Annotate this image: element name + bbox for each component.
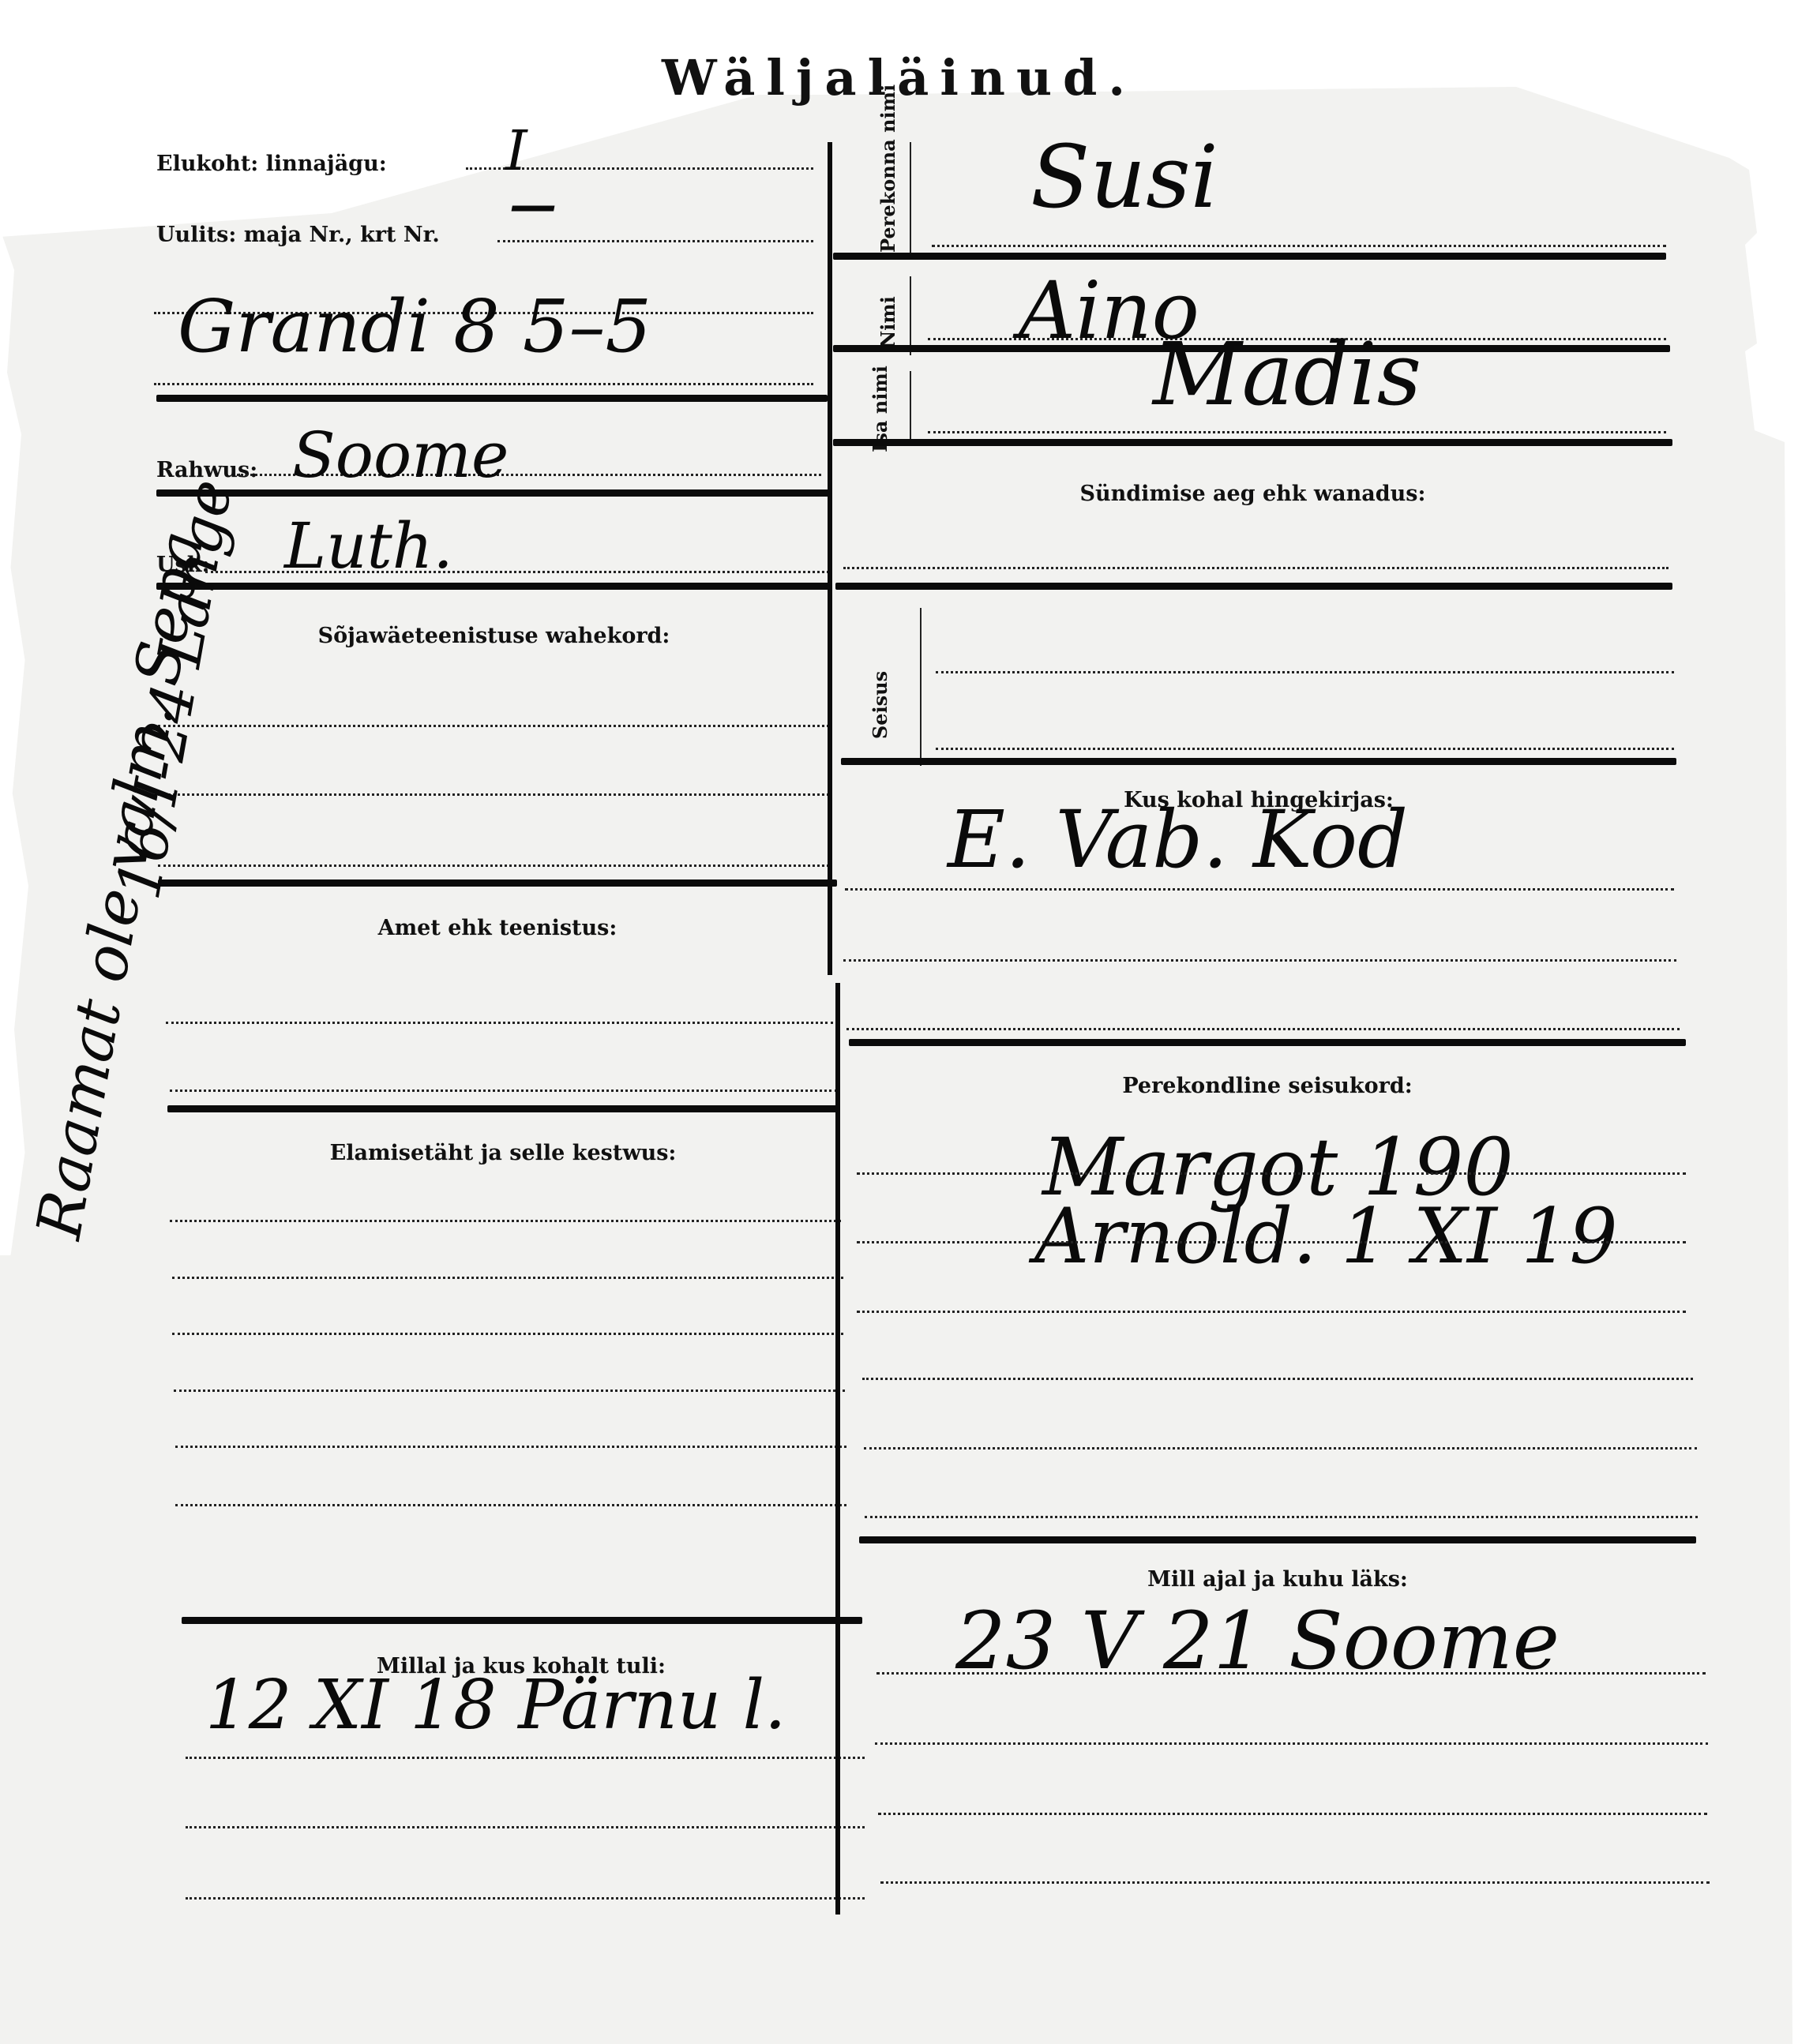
section-divider [849, 1039, 1686, 1046]
occupation-line-2 [170, 1090, 837, 1092]
family-line-1 [857, 1172, 1686, 1175]
arrival-line-2 [186, 1826, 865, 1828]
family-line-5 [864, 1447, 1697, 1450]
district-value: I [505, 118, 527, 183]
permit-line-3 [172, 1333, 843, 1335]
family-line-2 [857, 1241, 1686, 1243]
arrival-line-3 [186, 1897, 865, 1900]
birth-line [843, 567, 1668, 569]
permit-line-4 [174, 1390, 845, 1392]
surname-value: Susi [1030, 126, 1218, 227]
residence-permit-label: Elamisetäht ja selle kestwus: [167, 1141, 839, 1165]
section-divider [156, 583, 831, 590]
family-line-3 [857, 1311, 1686, 1313]
street-label: Uulits: maja Nr., krt Nr. [156, 223, 440, 247]
section-divider [835, 583, 1672, 590]
section-divider [182, 1617, 862, 1624]
occupation-line-1 [166, 1022, 833, 1024]
family-line-4 [862, 1378, 1693, 1380]
nationality-value: Soome [292, 418, 509, 492]
name-box-divider [910, 142, 911, 257]
column-divider [828, 142, 832, 975]
surname-line [932, 245, 1666, 247]
birth-label: Sündimise aeg ehk wanadus: [833, 482, 1672, 506]
section-divider [156, 489, 829, 497]
status-box-divider [920, 608, 922, 766]
address-line-2 [154, 383, 813, 385]
family-status-line-2: Arnold. 1 XI 19 [1034, 1192, 1618, 1281]
military-service-label: Sõjawäeteenistuse wahekord: [156, 624, 831, 648]
father-name-value: Madis [1153, 324, 1421, 425]
name-box-divider [910, 276, 911, 355]
military-line-1 [158, 725, 829, 727]
street-value: — [509, 178, 557, 233]
address-value: Grandi 8 5–5 [178, 284, 651, 369]
registry-line-2 [843, 959, 1676, 962]
district-label: Elukoht: linnajägu: [156, 152, 387, 176]
name-box-divider [910, 371, 911, 446]
status-label: Seisus [870, 669, 891, 741]
status-line-1 [936, 671, 1674, 673]
departure-line-4 [880, 1881, 1710, 1884]
column-divider [835, 983, 840, 1915]
military-line-3 [158, 864, 829, 867]
street-line [497, 240, 813, 242]
first-name-label: Nimi [878, 279, 899, 366]
section-divider [167, 1105, 839, 1112]
religion-value: Luth. [284, 509, 453, 583]
departure-label: Mill ajal ja kuhu läks: [859, 1567, 1696, 1592]
occupation-label: Amet ehk teenistus: [158, 916, 837, 940]
registry-line-3 [846, 1028, 1680, 1030]
surname-label: Perekonna nimi [878, 134, 899, 253]
section-divider [158, 879, 837, 887]
departure-line-2 [875, 1742, 1708, 1745]
section-divider [841, 758, 1676, 765]
military-line-2 [158, 793, 829, 796]
arrival-value: 12 XI 18 Pärnu l. [205, 1666, 786, 1745]
nationality-label: Rahwus: [156, 458, 257, 482]
family-line-6 [865, 1516, 1698, 1518]
registry-value: E. Vab. Kod [948, 793, 1408, 886]
departure-line-1 [876, 1672, 1706, 1675]
section-divider [833, 253, 1666, 260]
departure-line-3 [878, 1813, 1707, 1815]
section-divider [156, 395, 828, 402]
arrival-line-1 [186, 1757, 865, 1759]
section-divider [833, 439, 1672, 446]
permit-line-5 [175, 1446, 846, 1448]
status-line-2 [936, 748, 1674, 750]
father-name-line [928, 431, 1666, 433]
permit-line-2 [172, 1277, 843, 1279]
family-status-label: Perekondline seisukord: [849, 1074, 1686, 1098]
registry-line-1 [845, 888, 1674, 891]
section-divider [859, 1536, 1696, 1543]
permit-line-6 [175, 1504, 846, 1506]
permit-line-1 [170, 1220, 841, 1222]
